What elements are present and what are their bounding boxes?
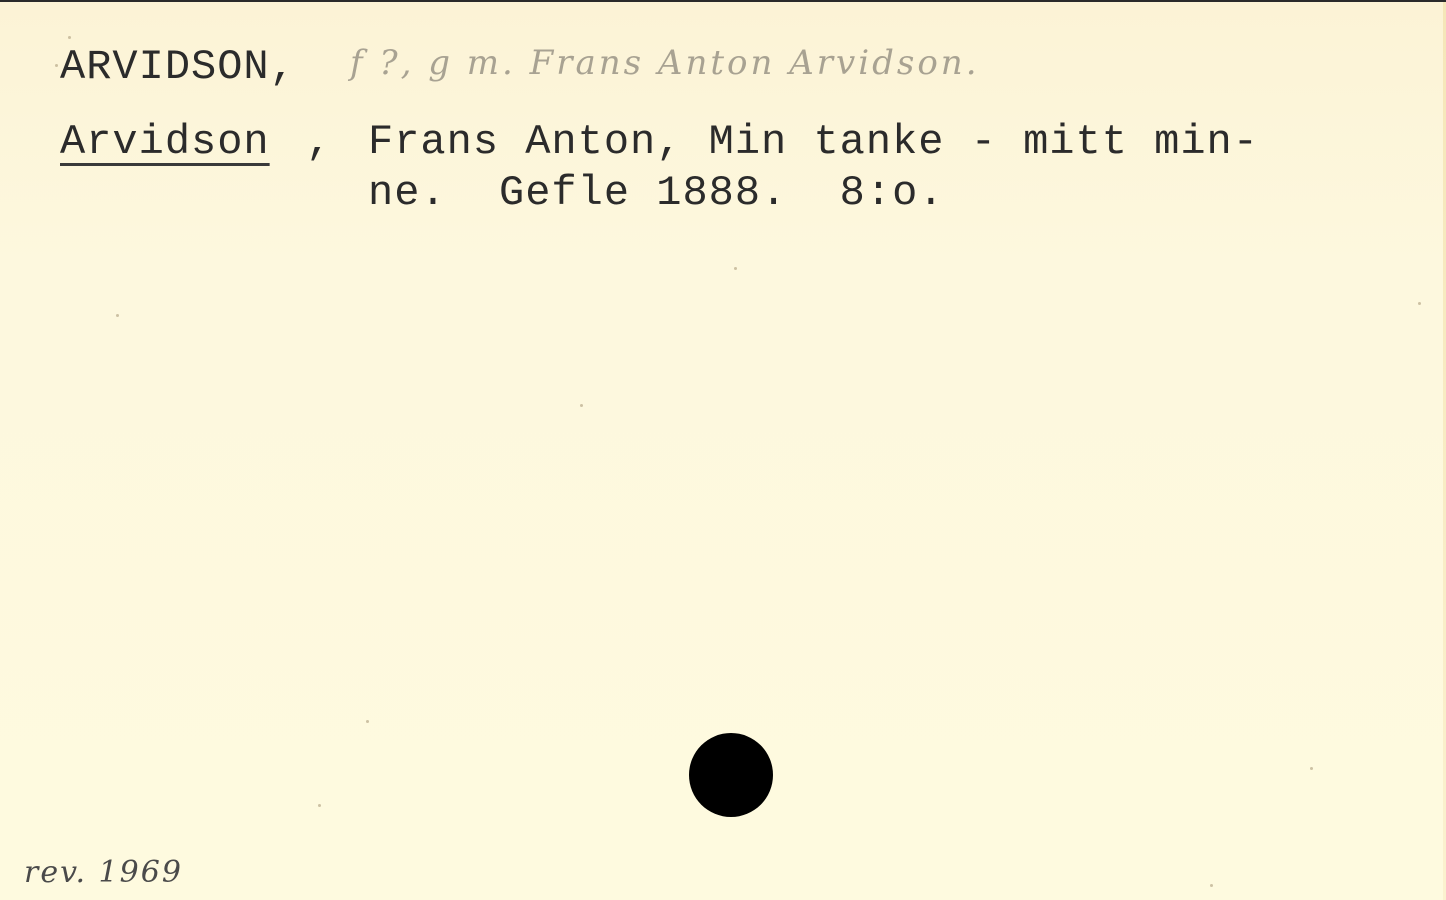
description-line-2: ne. Gefle 1888. 8:o. <box>368 172 945 214</box>
paper-speck <box>1210 884 1213 887</box>
paper-speck <box>55 64 58 67</box>
paper-speck <box>318 804 321 807</box>
catalog-card: ARVIDSON, f ?, g m. Frans Anton Arvidson… <box>0 0 1446 900</box>
paper-speck <box>366 720 369 723</box>
punch-hole <box>689 733 773 817</box>
description-line-1: Frans Anton, Min tanke - mitt min- <box>368 121 1259 163</box>
card-heading: ARVIDSON, <box>60 46 296 88</box>
revision-note: rev. 1969 <box>24 858 183 888</box>
paper-speck <box>116 314 119 317</box>
paper-speck <box>1310 767 1313 770</box>
paper-speck <box>68 36 71 39</box>
paper-speck <box>580 404 583 407</box>
paper-speck <box>1418 302 1421 305</box>
main-entry-comma: , <box>306 121 332 163</box>
paper-speck <box>734 267 737 270</box>
main-entry-name: Arvidson <box>60 121 270 163</box>
handwritten-annotation: f ?, g m. Frans Anton Arvidson. <box>350 46 980 80</box>
